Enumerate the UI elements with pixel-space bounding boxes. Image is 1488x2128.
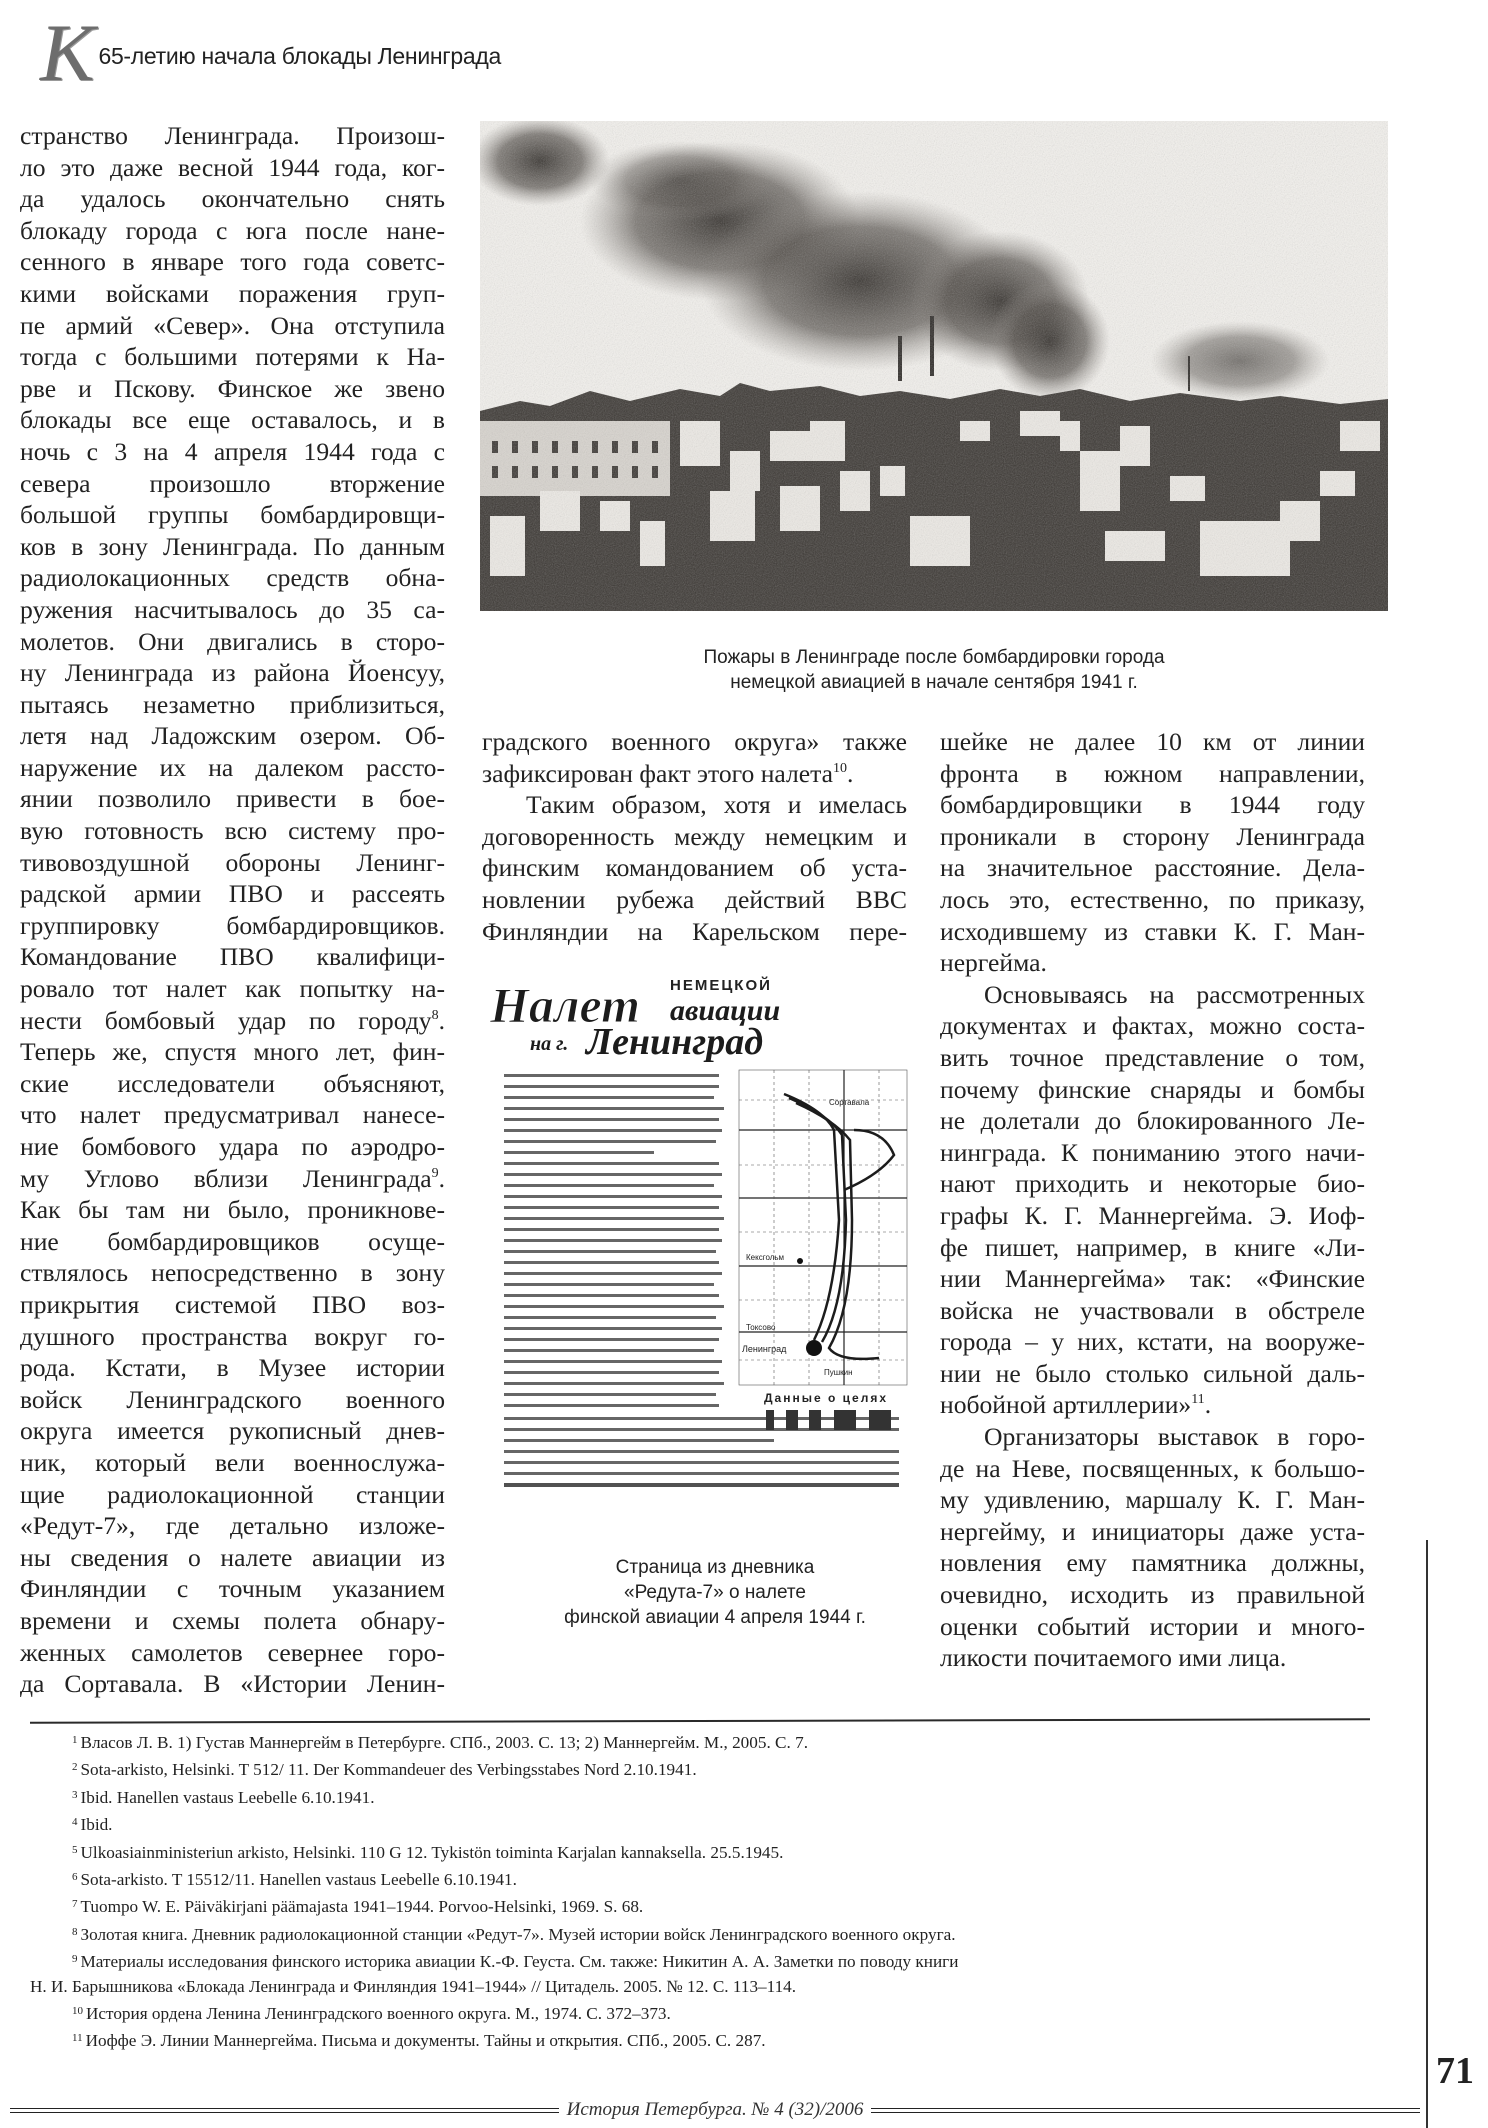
section-title: 65-летию начала блокады Ленинграда [98, 43, 501, 70]
footnote-text: Sota-arkisto, Helsinki. T 512/ 11. Der K… [81, 1760, 697, 1779]
footnote-number: 7 [72, 1898, 78, 1910]
page-number: 71 [1436, 2049, 1474, 2093]
footnote-10: 10История ордена Ленина Ленинградского в… [30, 1999, 1370, 2026]
footnote-number: 3 [72, 1789, 78, 1801]
text-line: большой группы бомбардировщи- [20, 499, 445, 531]
text-line: градского военного округа» также [482, 726, 907, 758]
running-footer: История Петербурга. № 4 (32)/2006 [10, 2098, 1420, 2122]
footnote-ref-9[interactable]: 9 [432, 1166, 439, 1181]
text-line: «Редут-7», где детально изложе- [20, 1510, 445, 1542]
targets-table-title: Данные о целях [764, 1391, 888, 1405]
footnote-text: Материалы исследования финского историка… [81, 1952, 959, 1971]
text-line: не долетали до блокированного Ле- [940, 1105, 1365, 1137]
diary-page-image: Налет НЕМЕЦКОЙ авиации на г. Ленинград [484, 970, 916, 1530]
text-fragment: нести бомбовый удар по городу [20, 1006, 432, 1035]
text-line: очевидно, исходить из правильной [940, 1579, 1365, 1611]
text-line: города – у них, кстати, на вооруже- [940, 1326, 1365, 1358]
footnote-11: 11Иоффе Э. Линии Маннергейма. Письма и д… [30, 2026, 1370, 2053]
footnote-text: Иоффе Э. Линии Маннергейма. Письма и док… [86, 2031, 766, 2050]
text-line: ствлялось непосредственно в зону [20, 1257, 445, 1289]
text-line: женных самолетов севернее горо- [20, 1637, 445, 1669]
text-line: нобойной артиллерии»11. [940, 1389, 1365, 1421]
footnote-number: 10 [72, 2005, 83, 2017]
text-line: прикрытия системой ПВО воз- [20, 1289, 445, 1321]
footnote-text: Sota-arkisto. T 15512/11. Hanellen vasta… [81, 1870, 517, 1889]
svg-text:на г.: на г. [530, 1033, 568, 1055]
footnote-5: 5Ulkoasiainministeriun arkisto, Helsinki… [30, 1838, 1370, 1865]
text-line: Финляндии на Карельском пере- [482, 916, 907, 948]
text-line: нают приходить и некоторые био- [940, 1168, 1365, 1200]
text-line: фе пишет, например, в книге «Ли- [940, 1232, 1365, 1264]
text-line: лось это, естественно, по приказу, [940, 884, 1365, 916]
text-line: рве и Пскову. Финское же звено [20, 373, 445, 405]
text-line: да Сортавала. В «Истории Ленин- [20, 1668, 445, 1700]
text-line: душного пространства вокруг го- [20, 1321, 445, 1353]
footnote-number: 2 [72, 1761, 78, 1773]
text-line: молетов. Они двигались в сторо- [20, 626, 445, 658]
text-line: нии не было столько сильной даль- [940, 1358, 1365, 1390]
diary-page-figure: Налет НЕМЕЦКОЙ авиации на г. Ленинград [484, 970, 916, 1530]
text-line: зафиксирован факт этого налета10. [482, 758, 907, 790]
map-label: Сортавала [829, 1098, 870, 1107]
footnote-number: 8 [72, 1926, 78, 1938]
text-line: исходившему из ставки К. Г. Ман- [940, 916, 1365, 948]
svg-text:НЕМЕЦКОЙ: НЕМЕЦКОЙ [670, 976, 772, 994]
text-line: пытаясь незаметно приблизиться, [20, 689, 445, 721]
photo-caption: Пожары в Ленинграде после бомбардировки … [480, 645, 1388, 695]
page-edge-line [1426, 1540, 1428, 2128]
text-line: Основываясь на рассмотренных [940, 979, 1365, 1011]
text-line: на значительное расстояние. Дела- [940, 852, 1365, 884]
photo-leningrad-fires [480, 121, 1388, 611]
text-line: наружение их на далеком рассто- [20, 752, 445, 784]
caption-line: Пожары в Ленинграде после бомбардировки … [480, 645, 1388, 670]
text-line: ны сведения о налете авиации из [20, 1542, 445, 1574]
text-line: нии Маннергейма» так: «Финские [940, 1263, 1365, 1295]
footnote-divider [30, 1718, 1370, 1724]
text-column-3: шейке не далее 10 км от линии фронта в ю… [940, 726, 1365, 1674]
diary-caption: Страница из дневника «Редута-7» о налете… [510, 1555, 920, 1630]
footer-rule-left [10, 2108, 559, 2113]
period: . [439, 1006, 445, 1035]
text-line: проникали в сторону Ленинграда [940, 821, 1365, 853]
period: . [847, 759, 853, 788]
text-line: времени и схемы полета обнару- [20, 1605, 445, 1637]
text-line: вить точное представление о том, [940, 1042, 1365, 1074]
text-line: нергейма. [940, 947, 1365, 979]
caption-line: Страница из дневника [510, 1555, 920, 1580]
map-label: Токсово [746, 1323, 776, 1332]
svg-text:Ленинград: Ленинград [584, 1021, 763, 1063]
footnote-text: Н. И. Барышникова «Блокада Ленинграда и … [30, 1977, 796, 1996]
text-line: нергейму, и инициаторы даже уста- [940, 1516, 1365, 1548]
text-line: договоренность между немецким и [482, 821, 907, 853]
text-line: щие радиолокационной станции [20, 1479, 445, 1511]
text-line: нинграда. К пониманию этого начи- [940, 1137, 1365, 1169]
period: . [1205, 1390, 1211, 1419]
running-header: К 65-летию начала блокады Ленинграда [40, 18, 501, 88]
caption-line: немецкой авиацией в начале сентября 1941… [480, 670, 1388, 695]
footnote-text: Власов Л. В. 1) Густав Маннергейм в Пете… [81, 1733, 809, 1752]
footnote-ref-8[interactable]: 8 [432, 1008, 439, 1023]
text-line: радской армии ПВО и рассеять [20, 878, 445, 910]
text-line: ликости почитаемого ими лица. [940, 1642, 1365, 1674]
text-line: бомбардировщики в 1944 году [940, 789, 1365, 821]
text-line: рода. Кстати, в Музее истории [20, 1352, 445, 1384]
text-line: графы К. Г. Маннергейма. Э. Иоф- [940, 1200, 1365, 1232]
footnote-number: 4 [72, 1816, 78, 1828]
footnote-ref-11[interactable]: 11 [1191, 1392, 1204, 1407]
footnote-1: 1Власов Л. В. 1) Густав Маннергейм в Пет… [30, 1728, 1370, 1755]
text-line: Командование ПВО квалифици- [20, 941, 445, 973]
text-line: оценки событий истории и много- [940, 1611, 1365, 1643]
text-line: тивовоздушной обороны Ленинг- [20, 847, 445, 879]
text-line: Как бы там ни было, проникнове- [20, 1194, 445, 1226]
text-line: Организаторы выставок в горо- [940, 1421, 1365, 1453]
footnotes: 1Власов Л. В. 1) Густав Маннергейм в Пет… [30, 1728, 1370, 2054]
text-line: новления ему памятника должны, [940, 1547, 1365, 1579]
photo-image [480, 121, 1388, 611]
text-line: финским командованием об уста- [482, 852, 907, 884]
text-line: ние бомбового удара по аэродро- [20, 1131, 445, 1163]
text-line: группировку бомбардировщиков. [20, 910, 445, 942]
text-line: ские исследователи объясняют, [20, 1068, 445, 1100]
text-line: Теперь же, спустя много лет, фин- [20, 1036, 445, 1068]
text-column-2: градского военного округа» также зафикси… [482, 726, 907, 947]
text-line: кими войсками поражения груп- [20, 278, 445, 310]
caption-line: финской авиации 4 апреля 1944 г. [510, 1605, 920, 1630]
text-line: севера произошло вторжение [20, 468, 445, 500]
text-line: летя над Ладожским озером. Об- [20, 720, 445, 752]
text-line: радиолокационных средств обна- [20, 562, 445, 594]
footnote-text: Золотая книга. Дневник радиолокационной … [81, 1925, 956, 1944]
text-line: ночь с 3 на 4 апреля 1944 года с [20, 436, 445, 468]
footnote-number: 6 [72, 1871, 78, 1883]
text-line: что налет предусматривал нанесе- [20, 1099, 445, 1131]
footnote-7: 7Tuompo W. E. Päiväkirjani päämajasta 19… [30, 1892, 1370, 1919]
footnote-number: 11 [72, 2032, 83, 2044]
text-line: ник, который вели военнослужа- [20, 1447, 445, 1479]
text-line: документах и фактах, можно соста- [940, 1010, 1365, 1042]
text-line: де на Неве, посвященных, к большо- [940, 1453, 1365, 1485]
footnote-2: 2Sota-arkisto, Helsinki. T 512/ 11. Der … [30, 1755, 1370, 1782]
map-label: Ленинград [742, 1344, 787, 1354]
text-line: вую готовность всю систему про- [20, 815, 445, 847]
text-line: ние бомбардировщиков осуще- [20, 1226, 445, 1258]
footnote-9-continued: Н. И. Барышникова «Блокада Ленинграда и … [30, 1975, 1370, 1999]
text-line: ну Ленинграда из района Йоенсуу, [20, 657, 445, 689]
text-line: ло это даже весной 1944 года, ког- [20, 152, 445, 184]
map-label: Пушкин [824, 1368, 853, 1377]
text-line: ровало тот налет как попытку на- [20, 973, 445, 1005]
decorative-initial: К [40, 18, 92, 88]
footnote-text: История ордена Ленина Ленинградского вое… [86, 2004, 671, 2023]
text-line: янии позволило привести в бое- [20, 783, 445, 815]
period: . [439, 1164, 445, 1193]
text-line: новлении рубежа действий ВВС [482, 884, 907, 916]
map-label: Кексгольм [746, 1253, 784, 1262]
text-line: тогда с большими потерями к На- [20, 341, 445, 373]
footnote-ref-10[interactable]: 10 [833, 761, 847, 776]
text-line: шейке не далее 10 км от линии [940, 726, 1365, 758]
footnote-text: Tuompo W. E. Päiväkirjani päämajasta 194… [81, 1897, 644, 1916]
footnote-text: Ulkoasiainministeriun arkisto, Helsinki.… [81, 1843, 784, 1862]
text-line: Таким образом, хотя и имелась [482, 789, 907, 821]
text-line: сенного в январе того года советс- [20, 246, 445, 278]
footnote-9: 9Материалы исследования финского историк… [30, 1947, 1370, 1974]
text-fragment: зафиксирован факт этого налета [482, 759, 833, 788]
footnote-number: 9 [72, 1953, 78, 1965]
text-line: нести бомбовый удар по городу8. [20, 1005, 445, 1037]
footnote-4: 4Ibid. [30, 1810, 1370, 1837]
text-line: блокаду города с юга после нане- [20, 215, 445, 247]
text-line: фронта в южном направлении, [940, 758, 1365, 790]
footer-rule-right [871, 2108, 1420, 2113]
caption-line: «Редута-7» о налете [510, 1580, 920, 1605]
text-line: войска не участвовали в обстреле [940, 1295, 1365, 1327]
text-line: войск Ленинградского военного [20, 1384, 445, 1416]
text-fragment: му Углово вблизи Ленинграда [20, 1164, 432, 1193]
footnote-3: 3Ibid. Hanellen vastaus Leebelle 6.10.19… [30, 1783, 1370, 1810]
text-line: блокады все еще оставалось, и в [20, 404, 445, 436]
text-line: ков в зону Ленинграда. По данным [20, 531, 445, 563]
footnote-number: 5 [72, 1844, 78, 1856]
footnote-text: Ibid. Hanellen vastaus Leebelle 6.10.194… [81, 1788, 375, 1807]
text-line: почему финские снаряды и бомбы [940, 1074, 1365, 1106]
text-line: Финляндии с точным указанием [20, 1573, 445, 1605]
text-line: да удалось окончательно снять [20, 183, 445, 215]
text-line: му удивлению, маршалу К. Г. Ман- [940, 1484, 1365, 1516]
text-column-1: странство Ленинграда. Произош- ло это да… [20, 120, 445, 1700]
text-fragment: нобойной артиллерии» [940, 1390, 1191, 1419]
text-line: ружения насчитывалось до 35 са- [20, 594, 445, 626]
text-line: му Углово вблизи Ленинграда9. [20, 1163, 445, 1195]
text-line: округа имеется рукописный днев- [20, 1415, 445, 1447]
footnote-number: 1 [72, 1734, 78, 1746]
journal-title: История Петербурга. № 4 (32)/2006 [559, 2099, 872, 2121]
text-line: странство Ленинграда. Произош- [20, 120, 445, 152]
footnote-8: 8Золотая книга. Дневник радиолокационной… [30, 1920, 1370, 1947]
footnote-text: Ibid. [81, 1815, 113, 1834]
footnote-6: 6Sota-arkisto. T 15512/11. Hanellen vast… [30, 1865, 1370, 1892]
text-line: пе армий «Север». Она отступила [20, 310, 445, 342]
